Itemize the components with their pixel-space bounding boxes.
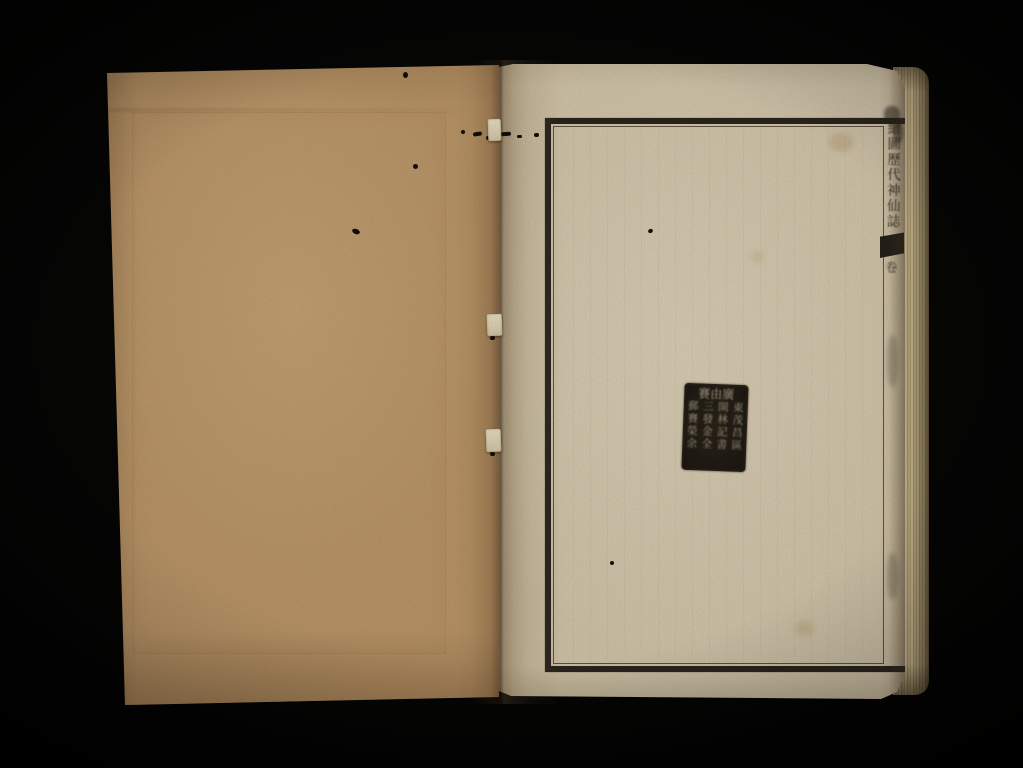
seal-column: 東茂昌區 <box>728 402 746 469</box>
cover-crease-line <box>104 108 499 112</box>
cover-impressed-rectangle <box>132 112 446 654</box>
ink-speck <box>610 561 614 565</box>
wormhole <box>534 133 539 137</box>
binding-hole <box>490 336 495 340</box>
fold-curve-shadow <box>889 61 905 699</box>
foxing-stain <box>751 251 764 262</box>
paper-twist-tab <box>488 119 502 141</box>
paper-twist-tab <box>486 429 502 453</box>
seal-column: 郵賽榮余 <box>684 400 702 467</box>
seal-column: 三發金全 <box>698 400 716 467</box>
wormhole <box>517 135 522 138</box>
foxing-stain <box>829 133 853 152</box>
seal-column: 開林記書 <box>713 401 731 468</box>
wormhole <box>403 72 408 78</box>
seal-body: 東茂昌區 開林記書 三發金全 郵賽榮余 <box>684 400 746 468</box>
binding-hole <box>490 452 495 456</box>
foxing-stain <box>795 621 814 636</box>
paper-twist-tab <box>487 314 503 337</box>
left-page-inside-cover <box>104 64 499 705</box>
wormhole <box>461 130 465 134</box>
photo-stage: 賽由廣 東茂昌區 開林記書 三發金全 郵賽榮余 繪圖歷代神仙誌 卷 <box>0 0 1023 768</box>
right-page-framed-leaf: 賽由廣 東茂昌區 開林記書 三發金全 郵賽榮余 繪圖歷代神仙誌 卷 <box>499 61 905 699</box>
publisher-seal-stamp: 賽由廣 東茂昌區 開林記書 三發金全 郵賽榮余 <box>681 383 748 472</box>
wormhole <box>413 164 418 169</box>
